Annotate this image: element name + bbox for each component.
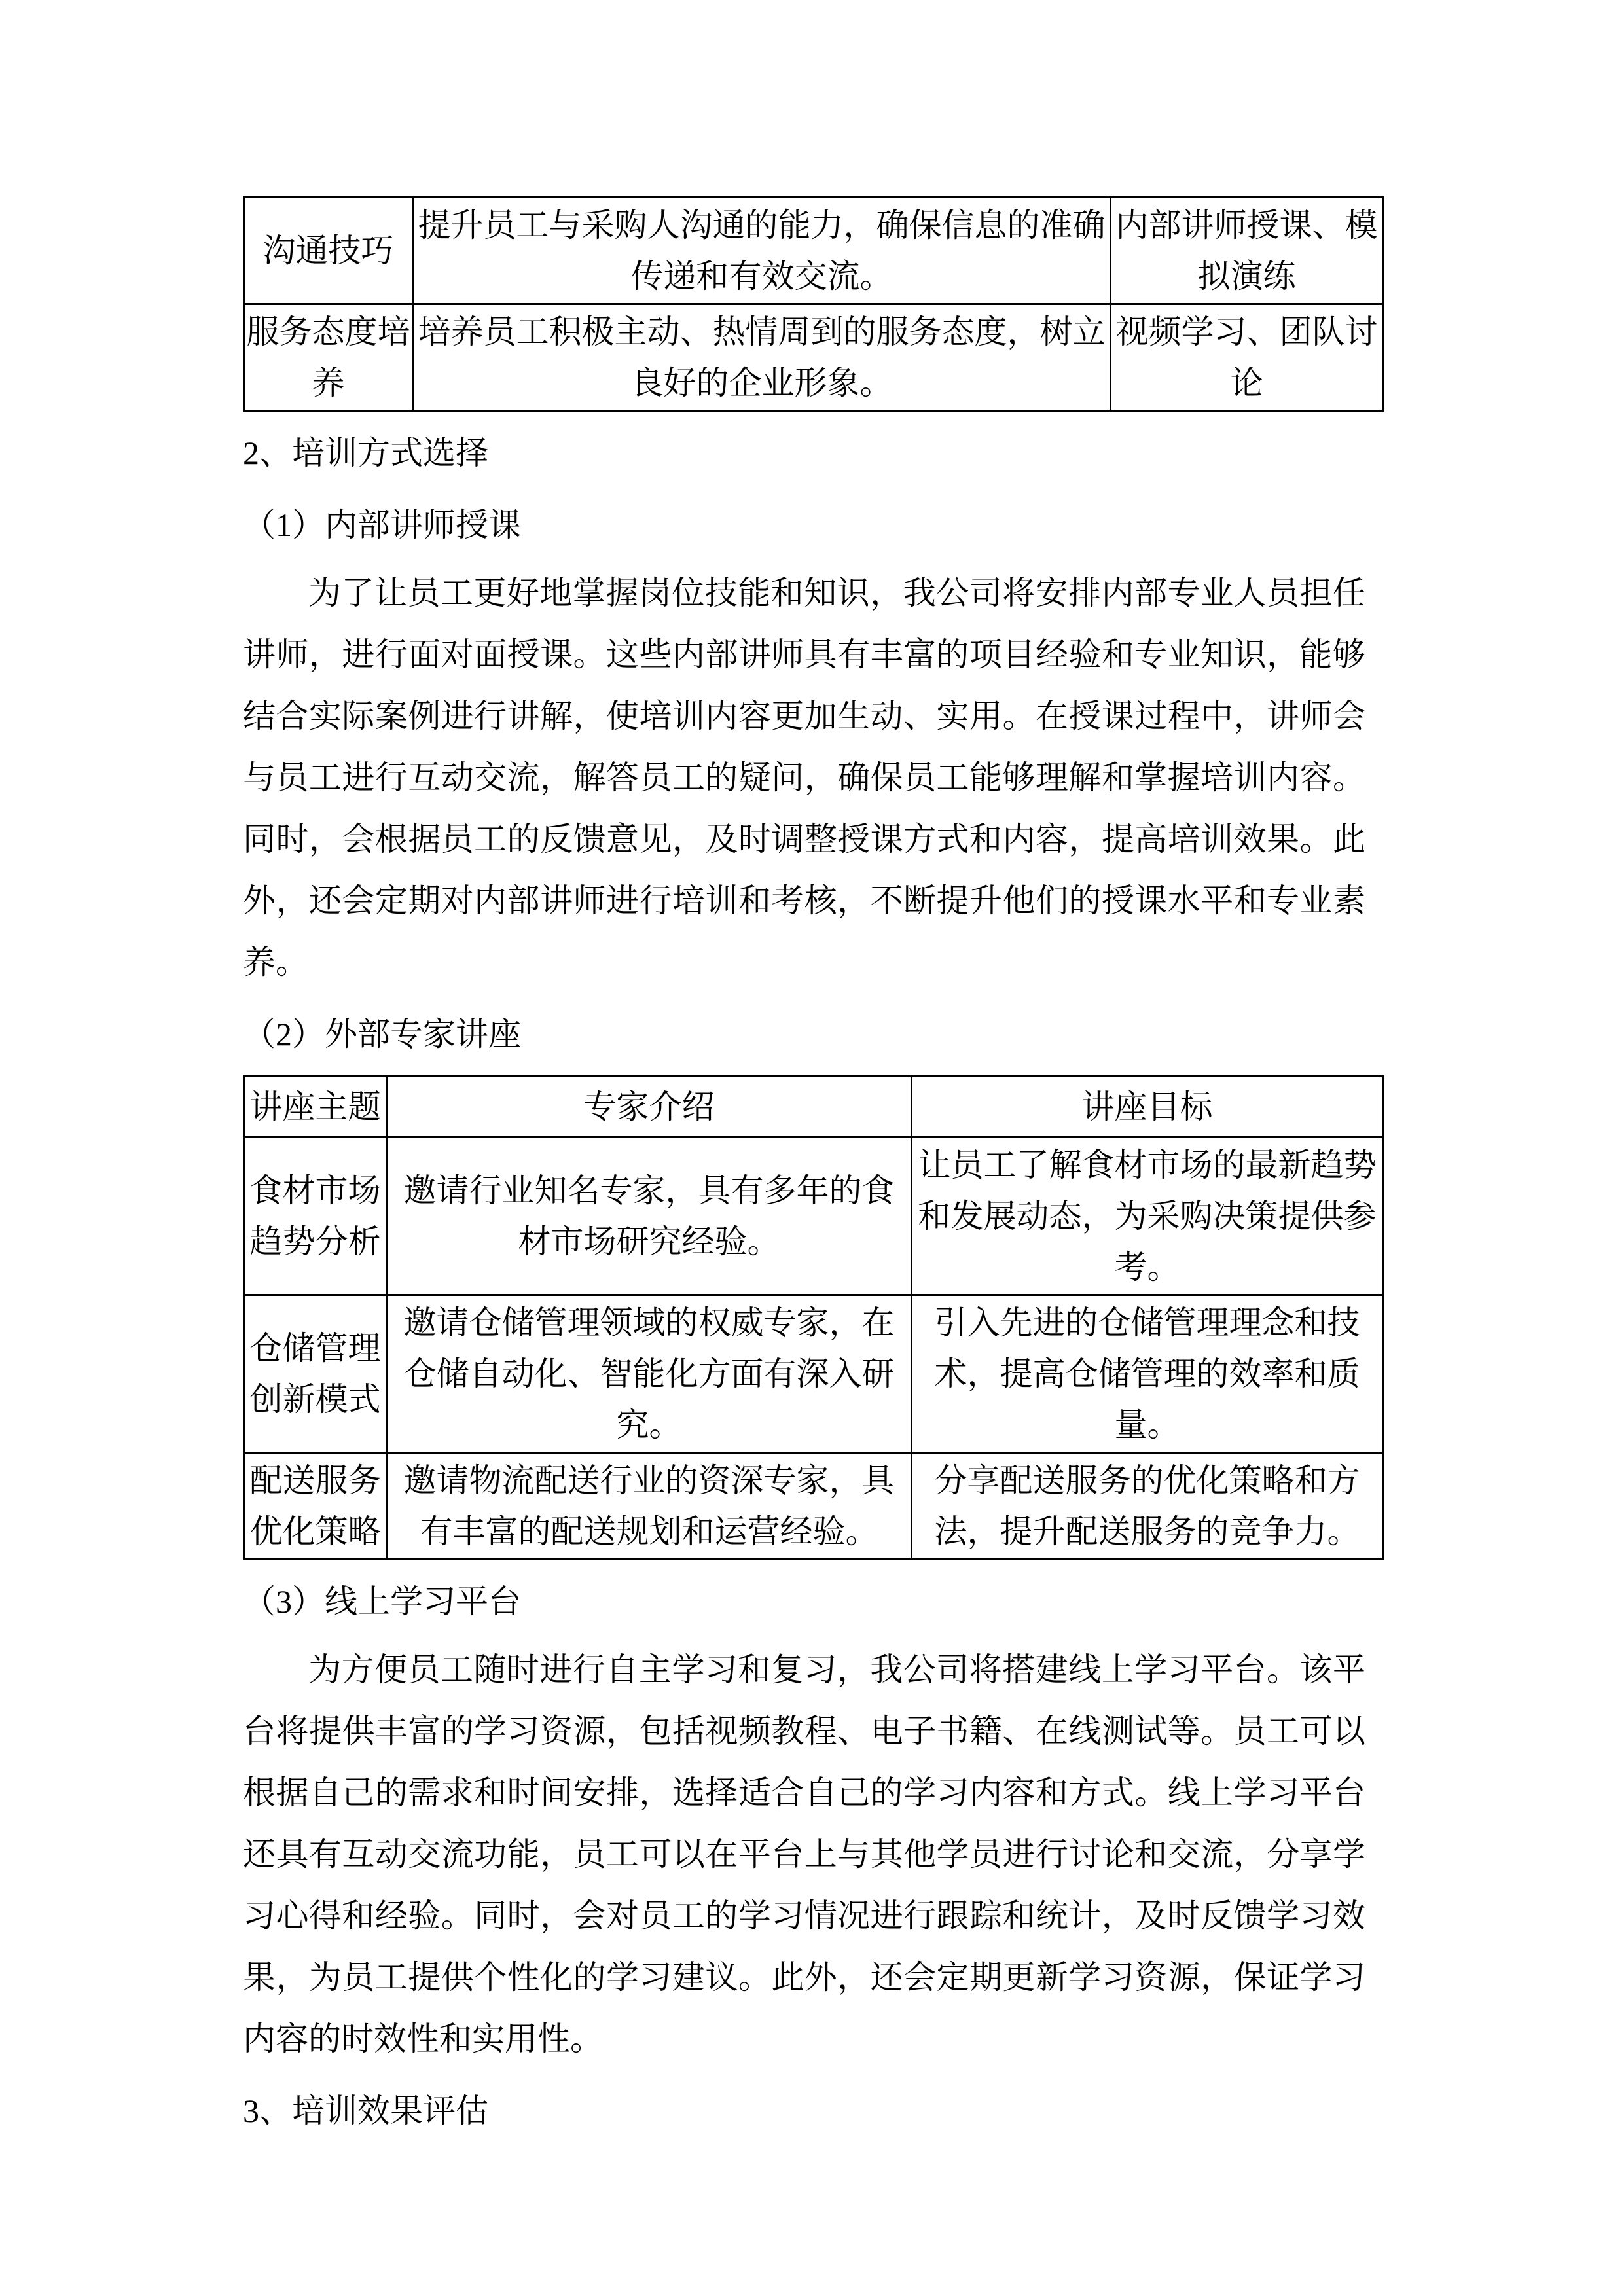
table-header-theme: 讲座主题 <box>244 1077 387 1138</box>
table-cell-theme: 食材市场趋势分析 <box>244 1138 387 1295</box>
table-cell-method: 内部讲师授课、模拟演练 <box>1111 198 1383 304</box>
document-page: 沟通技巧 提升员工与采购人沟通的能力，确保信息的准确传递和有效交流。 内部讲师授… <box>0 0 1624 2296</box>
subsection-heading-2: （2）外部专家讲座 <box>243 1003 1365 1065</box>
table-cell-topic: 服务态度培养 <box>244 304 413 411</box>
table-cell-description: 提升员工与采购人沟通的能力，确保信息的准确传递和有效交流。 <box>413 198 1111 304</box>
table-header-expert: 专家介绍 <box>387 1077 912 1138</box>
table-cell-expert: 邀请仓储管理领域的权威专家，在仓储自动化、智能化方面有深入研究。 <box>387 1295 912 1453</box>
table-cell-theme: 配送服务优化策略 <box>244 1453 387 1560</box>
table-cell-topic: 沟通技巧 <box>244 198 413 304</box>
training-content-table: 沟通技巧 提升员工与采购人沟通的能力，确保信息的准确传递和有效交流。 内部讲师授… <box>243 196 1384 412</box>
table-row: 仓储管理创新模式 邀请仓储管理领域的权威专家，在仓储自动化、智能化方面有深入研究… <box>244 1295 1383 1453</box>
document-content: 沟通技巧 提升员工与采购人沟通的能力，确保信息的准确传递和有效交流。 内部讲师授… <box>243 196 1365 2142</box>
table-cell-expert: 邀请行业知名专家，具有多年的食材市场研究经验。 <box>387 1138 912 1295</box>
table-cell-goal: 引入先进的仓储管理理念和技术，提高仓储管理的效率和质量。 <box>912 1295 1383 1453</box>
table-cell-goal: 让员工了解食材市场的最新趋势和发展动态，为采购决策提供参考。 <box>912 1138 1383 1295</box>
table-cell-goal: 分享配送服务的优化策略和方法，提升配送服务的竞争力。 <box>912 1453 1383 1560</box>
section-heading-3: 3、培训效果评估 <box>243 2080 1365 2142</box>
table-cell-expert: 邀请物流配送行业的资深专家，具有丰富的配送规划和运营经验。 <box>387 1453 912 1560</box>
lectures-table: 讲座主题 专家介绍 讲座目标 食材市场趋势分析 邀请行业知名专家，具有多年的食材… <box>243 1075 1384 1560</box>
table-row: 食材市场趋势分析 邀请行业知名专家，具有多年的食材市场研究经验。 让员工了解食材… <box>244 1138 1383 1295</box>
section-heading-2: 2、培训方式选择 <box>243 422 1365 484</box>
table-row: 配送服务优化策略 邀请物流配送行业的资深专家，具有丰富的配送规划和运营经验。 分… <box>244 1453 1383 1560</box>
table-cell-theme: 仓储管理创新模式 <box>244 1295 387 1453</box>
table-cell-description: 培养员工积极主动、热情周到的服务态度，树立良好的企业形象。 <box>413 304 1111 411</box>
subsection-heading-3: （3）线上学习平台 <box>243 1571 1365 1632</box>
table-row: 沟通技巧 提升员工与采购人沟通的能力，确保信息的准确传递和有效交流。 内部讲师授… <box>244 198 1383 304</box>
paragraph-online-platform: 为方便员工随时进行自主学习和复习，我公司将搭建线上学习平台。该平台将提供丰富的学… <box>243 1639 1365 2070</box>
subsection-heading-1: （1）内部讲师授课 <box>243 494 1365 556</box>
paragraph-internal-lecturer: 为了让员工更好地掌握岗位技能和知识，我公司将安排内部专业人员担任讲师，进行面对面… <box>243 562 1365 993</box>
table-row: 服务态度培养 培养员工积极主动、热情周到的服务态度，树立良好的企业形象。 视频学… <box>244 304 1383 411</box>
table-header-row: 讲座主题 专家介绍 讲座目标 <box>244 1077 1383 1138</box>
table-header-goal: 讲座目标 <box>912 1077 1383 1138</box>
table-cell-method: 视频学习、团队讨论 <box>1111 304 1383 411</box>
